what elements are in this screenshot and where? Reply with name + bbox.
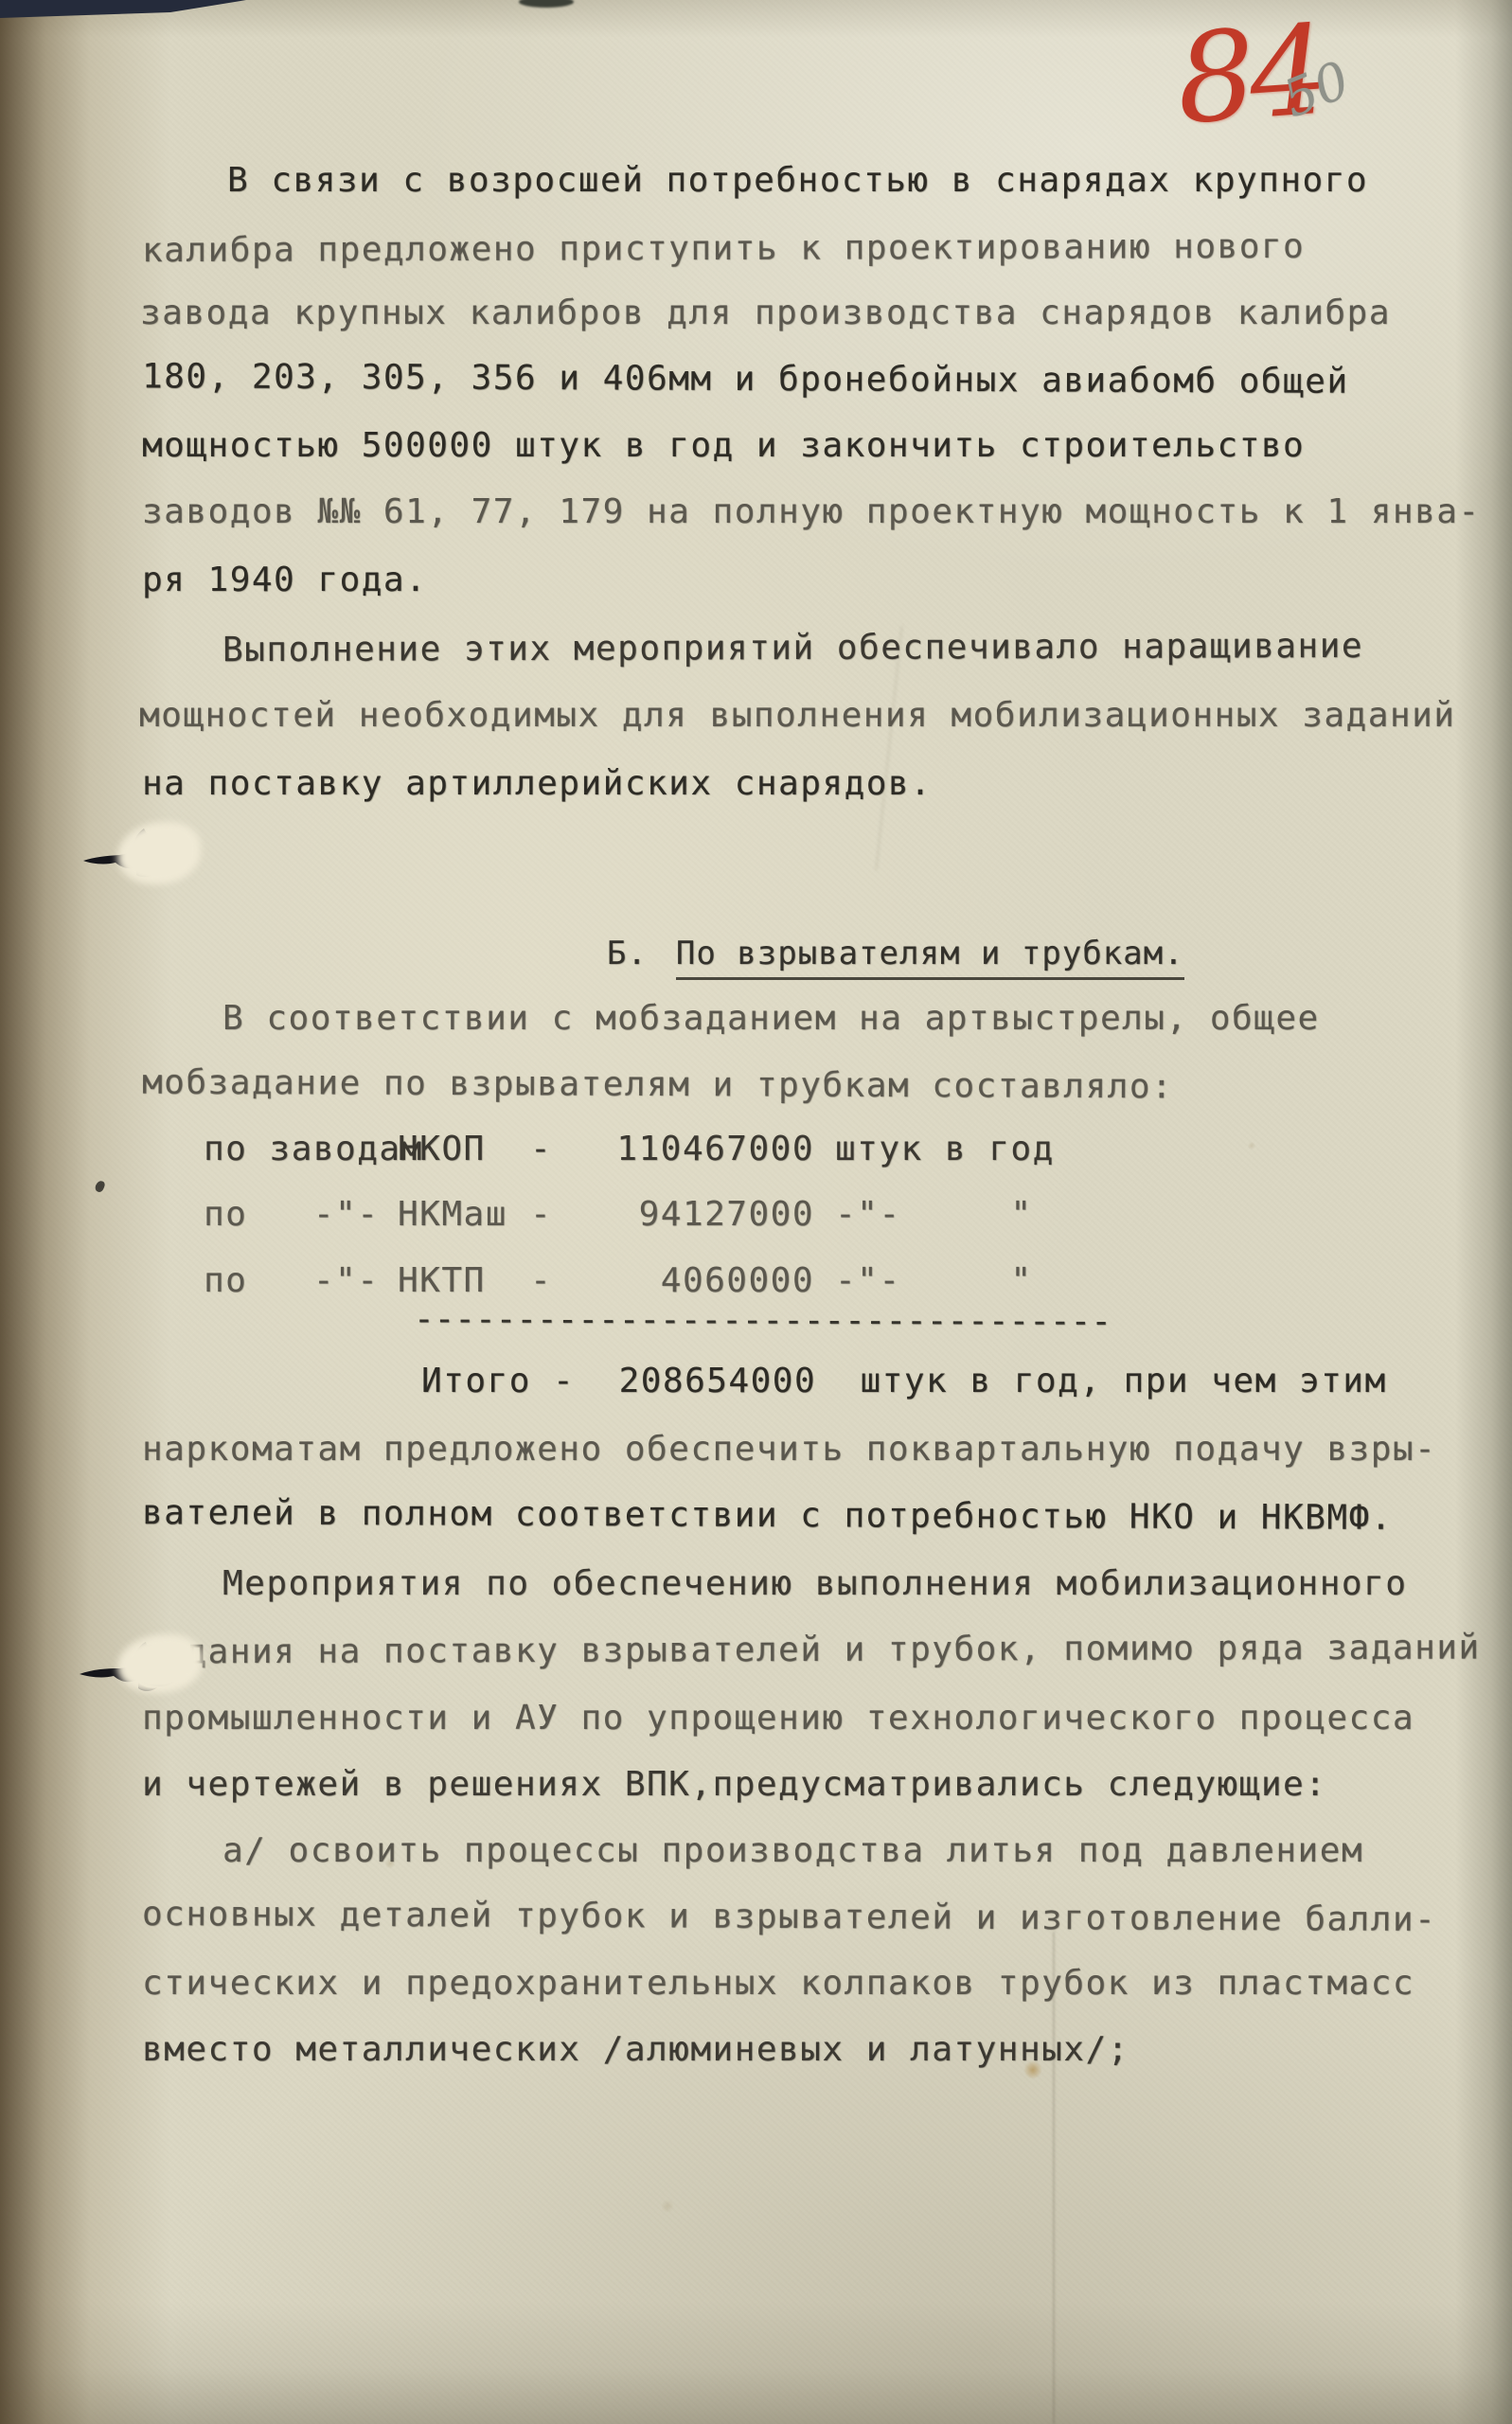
row-prefix: по -"- (204, 1195, 398, 1234)
text-line: калибра предложено приступить к проектир… (142, 225, 1305, 272)
text-line: на поставку артиллерийских снарядов. (142, 762, 932, 805)
row-org: НКОП (398, 1130, 530, 1168)
row-dash: - (530, 1195, 582, 1234)
row-prefix: по -"- (204, 1261, 398, 1300)
paper-crease (1053, 1932, 1055, 2424)
row-value: 4060000 (582, 1261, 814, 1300)
section-letter: Б. (607, 935, 648, 972)
typed-separator: ---------------------------------- (414, 1298, 1112, 1344)
text-line: мобзадание по взрывателям и трубкам сост… (142, 1061, 1173, 1109)
text-line: наркоматам предложено обеспечить покварт… (142, 1428, 1436, 1470)
text-line: промышленности и АУ по упрощению техноло… (142, 1697, 1414, 1739)
text-line: ря 1940 года. (142, 559, 427, 601)
binding-edge-strip (0, 0, 246, 19)
text-line: 180, 203, 305, 356 и 406мм и бронебойных… (142, 355, 1349, 403)
row-value: 94127000 (582, 1195, 814, 1234)
text-line: задания на поставку взрывателей и трубок… (142, 1627, 1481, 1674)
row-prefix: по заводам (204, 1130, 398, 1168)
table-row: по заводамНКОП-110467000штук в год (204, 1130, 1055, 1168)
row-unit: штук в год (835, 1130, 1055, 1168)
text-line: мощностью 500000 штук в год и закончить … (142, 424, 1305, 467)
row-org: НКМаш (398, 1195, 530, 1234)
section-heading: Б.По взрывателям и трубкам. (525, 893, 1184, 1014)
text-line: вместо металлических /алюминевых и латун… (142, 2028, 1130, 2071)
row-org: НКТП (398, 1261, 530, 1300)
text-line: Выполнение этих мероприятий обеспечивало… (222, 625, 1363, 671)
total-line: Итого - 208654000 штук в год, при чем эт… (421, 1360, 1387, 1402)
ink-blot (78, 1632, 210, 1702)
top-edge-notch (519, 0, 574, 8)
ink-blot (81, 818, 210, 894)
text-line: основных деталей трубок и взрывателей и … (142, 1893, 1436, 1941)
row-dash: - (530, 1130, 582, 1168)
ink-speck (94, 1180, 106, 1193)
text-line: В связи с возросшей потребностью в снаря… (227, 159, 1368, 202)
text-line: вателей в полном соответствии с потребно… (142, 1491, 1393, 1540)
table-row: по -"-НКТП-4060000-"- " (204, 1261, 1033, 1300)
text-line: а/ освоить процессы производства литья п… (222, 1829, 1363, 1872)
row-value: 110467000 (582, 1130, 814, 1168)
row-unit: -"- " (835, 1195, 1033, 1234)
table-row: по -"-НКМаш-94127000-"- " (204, 1195, 1033, 1234)
row-unit: -"- " (835, 1261, 1033, 1300)
text-line: Мероприятия по обеспечению выполнения мо… (222, 1562, 1407, 1605)
section-title: По взрывателям и трубкам. (676, 935, 1184, 980)
text-line: и чертежей в решениях ВПК,предусматривал… (142, 1763, 1326, 1806)
document-page: 84 50 В связи с возросшей потребностью в… (0, 0, 1512, 2424)
text-line: заводов №№ 61, 77, 179 на полную проектн… (142, 490, 1481, 533)
row-dash: - (530, 1261, 582, 1300)
text-line: завода крупных калибров для производства… (140, 292, 1391, 334)
text-line: мощностей необходимых для выполнения моб… (139, 694, 1455, 737)
text-line: В соответствии с мобзаданием на артвыстр… (222, 997, 1320, 1040)
text-line: стических и предохранительных колпаков т… (142, 1962, 1414, 2005)
